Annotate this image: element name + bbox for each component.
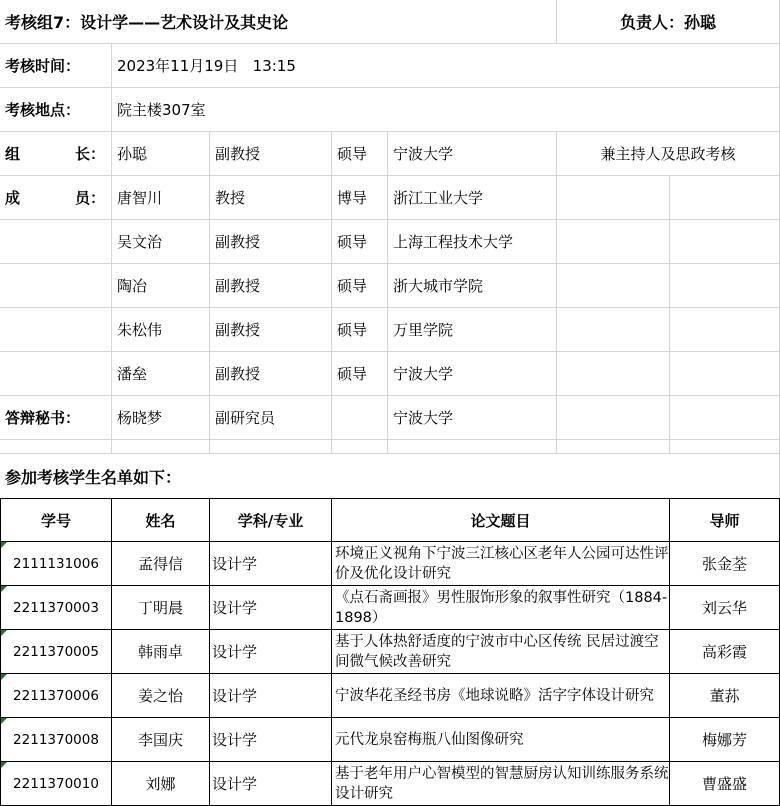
member-supervisor-cell[interactable]: 硕导	[332, 220, 388, 264]
place-label: 考核地点：	[5, 99, 80, 120]
student-id-cell[interactable]: 2211370010	[0, 762, 112, 806]
member-title-cell[interactable]: 副教授	[210, 220, 332, 264]
member-title: 副教授	[215, 275, 260, 296]
advisor-name: 曹盛盛	[702, 773, 747, 794]
place-label-cell[interactable]: 考核地点：	[0, 88, 112, 132]
student-id-cell[interactable]: 2111131006	[0, 542, 112, 586]
student-major-cell[interactable]: 设计学	[210, 762, 332, 806]
member-institution: 上海工程技术大学	[393, 231, 513, 252]
empty-cell[interactable]	[557, 220, 670, 264]
member-title-cell[interactable]: 副教授	[210, 352, 332, 396]
spreadsheet: 考核组7：设计学——艺术设计及其史论 负责人：孙聪 考核时间： 2023年11月…	[0, 0, 780, 806]
empty-cell[interactable]	[0, 440, 112, 454]
student-major-cell[interactable]: 设计学	[210, 586, 332, 630]
secretary-title: 副研究员	[215, 407, 275, 428]
thesis-title: 宁波华花圣经书房《地球说略》活字字体设计研究	[335, 686, 654, 706]
member-label-cell[interactable]: 成 员：	[0, 176, 112, 220]
comment-flag-icon	[1, 586, 7, 592]
member-institution: 浙江工业大学	[393, 187, 483, 208]
secretary-label: 答辩秘书：	[5, 407, 80, 428]
student-major-cell[interactable]: 设计学	[210, 718, 332, 762]
leader-name: 孙聪	[117, 143, 147, 164]
advisor-name: 高彩霞	[702, 641, 747, 662]
column-header-major[interactable]: 学科/专业	[210, 498, 332, 542]
leader-title-cell[interactable]: 副教授	[210, 132, 332, 176]
member-institution-cell[interactable]: 万里学院	[388, 308, 557, 352]
student-name-cell[interactable]: 丁明晨	[112, 586, 210, 630]
member-supervisor: 硕导	[337, 275, 367, 296]
empty-cell[interactable]	[112, 440, 210, 454]
student-id: 2111131006	[13, 556, 99, 572]
comment-flag-icon	[1, 630, 7, 636]
time-label-cell[interactable]: 考核时间：	[0, 44, 112, 88]
leader-supervisor-cell[interactable]: 硕导	[332, 132, 388, 176]
empty-cell[interactable]	[388, 440, 557, 454]
member-title: 副教授	[215, 231, 260, 252]
member-institution-cell[interactable]: 浙大城市学院	[388, 264, 557, 308]
column-header-name[interactable]: 姓名	[112, 498, 210, 542]
column-header-label: 导师	[709, 510, 739, 531]
student-id: 2211370003	[13, 600, 99, 616]
student-major-cell[interactable]: 设计学	[210, 542, 332, 586]
thesis-title: 基于人体热舒适度的宁波市中心区传统 民居过渡空间微气候改善研究	[335, 632, 669, 672]
member-supervisor-cell[interactable]: 硕导	[332, 308, 388, 352]
group-title: 考核组7：设计学——艺术设计及其史论	[5, 10, 288, 33]
member-supervisor: 博导	[337, 187, 367, 208]
student-name: 刘娜	[145, 773, 175, 794]
empty-cell[interactable]	[670, 396, 780, 440]
student-name-cell[interactable]: 韩雨卓	[112, 630, 210, 674]
thesis-title-cell[interactable]: 基于人体热舒适度的宁波市中心区传统 民居过渡空间微气候改善研究	[332, 630, 670, 674]
advisor-name: 刘云华	[702, 597, 747, 618]
member-title-cell[interactable]: 副教授	[210, 264, 332, 308]
empty-cell[interactable]	[670, 440, 780, 454]
thesis-title: 《点石斋画报》男性服饰形象的叙事性研究（1884-1898）	[335, 588, 669, 628]
member-title-cell[interactable]: 副教授	[210, 308, 332, 352]
advisor-cell[interactable]: 高彩霞	[670, 630, 780, 674]
member-title: 教授	[215, 187, 245, 208]
column-header-id[interactable]: 学号	[0, 498, 112, 542]
comment-flag-icon	[1, 542, 7, 548]
member-label-part2: 员：	[75, 187, 105, 208]
place-value: 院主楼307室	[117, 99, 206, 120]
empty-cell[interactable]	[670, 352, 780, 396]
leader-name-cell[interactable]: 孙聪	[112, 132, 210, 176]
secretary-label-cell[interactable]: 答辩秘书：	[0, 396, 112, 440]
member-name: 吴文治	[117, 231, 162, 252]
empty-cell[interactable]	[557, 308, 670, 352]
advisor-cell[interactable]: 刘云华	[670, 586, 780, 630]
member-title-cell[interactable]: 教授	[210, 176, 332, 220]
leader-label-part1: 组	[5, 143, 20, 164]
empty-cell[interactable]	[557, 352, 670, 396]
column-header-label: 姓名	[145, 510, 175, 531]
student-name-cell[interactable]: 李国庆	[112, 718, 210, 762]
thesis-title-cell[interactable]: 元代龙泉窑梅瓶八仙图像研究	[332, 718, 670, 762]
leader-note: 兼主持人及思政考核	[600, 143, 735, 164]
student-major: 设计学	[212, 685, 257, 706]
leader-label-part2: 长：	[75, 143, 105, 164]
student-major: 设计学	[212, 597, 257, 618]
responsible-cell[interactable]: 负责人：孙聪	[557, 0, 780, 44]
student-id-cell[interactable]: 2211370006	[0, 674, 112, 718]
member-supervisor-cell[interactable]: 博导	[332, 176, 388, 220]
empty-cell[interactable]	[0, 352, 112, 396]
empty-cell[interactable]	[332, 440, 388, 454]
leader-label-cell[interactable]: 组 长：	[0, 132, 112, 176]
thesis-title-cell[interactable]: 宁波华花圣经书房《地球说略》活字字体设计研究	[332, 674, 670, 718]
column-header-label: 学科/专业	[238, 510, 303, 531]
responsible-person: 负责人：孙聪	[620, 10, 716, 33]
students-heading: 参加考核学生名单如下：	[5, 465, 181, 488]
member-name-cell[interactable]: 吴文治	[112, 220, 210, 264]
advisor-name: 张金荃	[702, 553, 747, 574]
time-value-cell[interactable]: 2023年11月19日 13:15	[112, 44, 780, 88]
member-supervisor: 硕导	[337, 319, 367, 340]
empty-cell[interactable]	[670, 264, 780, 308]
student-id: 2211370008	[13, 732, 99, 748]
member-supervisor: 硕导	[337, 231, 367, 252]
thesis-title: 环境正义视角下宁波三江核心区老年人公园可达性评价及优化设计研究	[335, 544, 669, 584]
member-name-cell[interactable]: 陶冶	[112, 264, 210, 308]
member-institution: 浙大城市学院	[393, 275, 483, 296]
student-id-cell[interactable]: 2211370003	[0, 586, 112, 630]
thesis-title: 元代龙泉窑梅瓶八仙图像研究	[335, 730, 524, 750]
advisor-cell[interactable]: 曹盛盛	[670, 762, 780, 806]
member-institution: 万里学院	[393, 319, 453, 340]
empty-cell[interactable]	[210, 440, 332, 454]
student-id-cell[interactable]: 2211370005	[0, 630, 112, 674]
secretary-name: 杨晓梦	[117, 407, 162, 428]
advisor-cell[interactable]: 梅娜芳	[670, 718, 780, 762]
empty-cell[interactable]	[670, 220, 780, 264]
member-institution: 宁波大学	[393, 363, 453, 384]
secretary-institution-cell[interactable]: 宁波大学	[388, 396, 557, 440]
empty-cell[interactable]	[557, 440, 670, 454]
comment-flag-icon	[1, 718, 7, 724]
student-major: 设计学	[212, 641, 257, 662]
member-institution-cell[interactable]: 浙江工业大学	[388, 176, 557, 220]
empty-cell[interactable]	[557, 396, 670, 440]
secretary-supervisor-cell[interactable]	[332, 396, 388, 440]
member-name-cell[interactable]: 潘垒	[112, 352, 210, 396]
comment-flag-icon	[1, 762, 7, 768]
thesis-title-cell[interactable]: 基于老年用户心智模型的智慧厨房认知训练服务系统设计研究	[332, 762, 670, 806]
advisor-name: 梅娜芳	[702, 729, 747, 750]
thesis-title-cell[interactable]: 环境正义视角下宁波三江核心区老年人公园可达性评价及优化设计研究	[332, 542, 670, 586]
column-header-thesis[interactable]: 论文题目	[332, 498, 670, 542]
student-name: 丁明晨	[138, 597, 183, 618]
member-institution-cell[interactable]: 宁波大学	[388, 352, 557, 396]
student-major-cell[interactable]: 设计学	[210, 630, 332, 674]
member-name: 朱松伟	[117, 319, 162, 340]
student-name: 孟得信	[138, 553, 183, 574]
secretary-title-cell[interactable]: 副研究员	[210, 396, 332, 440]
advisor-cell[interactable]: 董荪	[670, 674, 780, 718]
member-title: 副教授	[215, 363, 260, 384]
student-name-cell[interactable]: 孟得信	[112, 542, 210, 586]
time-value: 2023年11月19日 13:15	[117, 55, 296, 76]
member-name-cell[interactable]: 唐智川	[112, 176, 210, 220]
member-supervisor-cell[interactable]: 硕导	[332, 352, 388, 396]
student-name: 韩雨卓	[138, 641, 183, 662]
students-heading-cell[interactable]: 参加考核学生名单如下：	[0, 454, 780, 498]
empty-cell[interactable]	[0, 220, 112, 264]
thesis-title: 基于老年用户心智模型的智慧厨房认知训练服务系统设计研究	[335, 764, 669, 804]
secretary-institution: 宁波大学	[393, 407, 453, 428]
student-name-cell[interactable]: 刘娜	[112, 762, 210, 806]
time-label: 考核时间：	[5, 55, 80, 76]
empty-cell[interactable]	[557, 264, 670, 308]
group-title-cell[interactable]: 考核组7：设计学——艺术设计及其史论	[0, 0, 557, 44]
leader-title: 副教授	[215, 143, 260, 164]
member-name-cell[interactable]: 朱松伟	[112, 308, 210, 352]
student-name: 姜之怡	[138, 685, 183, 706]
student-major: 设计学	[212, 773, 257, 794]
student-name-cell[interactable]: 姜之怡	[112, 674, 210, 718]
advisor-name: 董荪	[709, 685, 739, 706]
leader-institution-cell[interactable]: 宁波大学	[388, 132, 557, 176]
column-header-label: 学号	[41, 510, 71, 531]
column-header-label: 论文题目	[470, 510, 530, 531]
leader-supervisor: 硕导	[337, 143, 367, 164]
leader-label: 组 长：	[5, 143, 105, 164]
empty-cell[interactable]	[0, 264, 112, 308]
place-value-cell[interactable]: 院主楼307室	[112, 88, 780, 132]
student-id: 2211370005	[13, 644, 99, 660]
comment-flag-icon	[1, 674, 7, 680]
member-supervisor: 硕导	[337, 363, 367, 384]
student-major-cell[interactable]: 设计学	[210, 674, 332, 718]
empty-cell[interactable]	[557, 176, 670, 220]
empty-cell[interactable]	[670, 308, 780, 352]
student-id: 2211370006	[13, 688, 99, 704]
empty-cell[interactable]	[0, 308, 112, 352]
empty-cell[interactable]	[670, 176, 780, 220]
member-label-part1: 成	[5, 187, 20, 208]
member-name: 潘垒	[117, 363, 147, 384]
member-institution-cell[interactable]: 上海工程技术大学	[388, 220, 557, 264]
thesis-title-cell[interactable]: 《点石斋画报》男性服饰形象的叙事性研究（1884-1898）	[332, 586, 670, 630]
member-label: 成 员：	[5, 187, 105, 208]
leader-institution: 宁波大学	[393, 143, 453, 164]
column-header-advisor[interactable]: 导师	[670, 498, 780, 542]
student-id: 2211370010	[13, 776, 99, 792]
student-id-cell[interactable]: 2211370008	[0, 718, 112, 762]
member-name: 陶冶	[117, 275, 147, 296]
member-name: 唐智川	[117, 187, 162, 208]
student-name: 李国庆	[138, 729, 183, 750]
student-major: 设计学	[212, 729, 257, 750]
student-major: 设计学	[212, 553, 257, 574]
member-title: 副教授	[215, 319, 260, 340]
member-supervisor-cell[interactable]: 硕导	[332, 264, 388, 308]
advisor-cell[interactable]: 张金荃	[670, 542, 780, 586]
leader-note-cell[interactable]: 兼主持人及思政考核	[557, 132, 780, 176]
secretary-name-cell[interactable]: 杨晓梦	[112, 396, 210, 440]
